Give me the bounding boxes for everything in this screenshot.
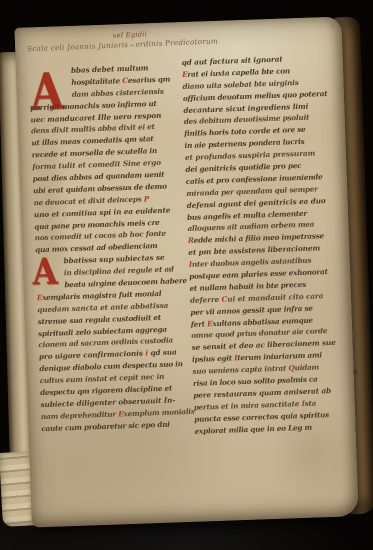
folio-number: 1 [330,24,334,31]
title-text-left: Scala celi Joannis Junioris [27,40,129,53]
text-column-left: bbas debet multumhospitalitate Cesarius … [29,62,195,436]
text-column-right: qd aut factura sit ignoratErat ei iuxta … [182,52,355,438]
manuscript-photo: t fo 1 Scala celi Joannis Junioris^ordin… [0,0,373,550]
title-inscription: Scala celi Joannis Junioris^ordinis Pred… [27,33,287,55]
title-text-right: ordinis Predicatorum [135,36,218,48]
rubricated-letter: P [144,194,150,203]
title-insertion: vel Egidii [112,30,147,39]
manuscript-page: 1 Scala celi Joannis Junioris^ordinis Pr… [14,16,358,527]
